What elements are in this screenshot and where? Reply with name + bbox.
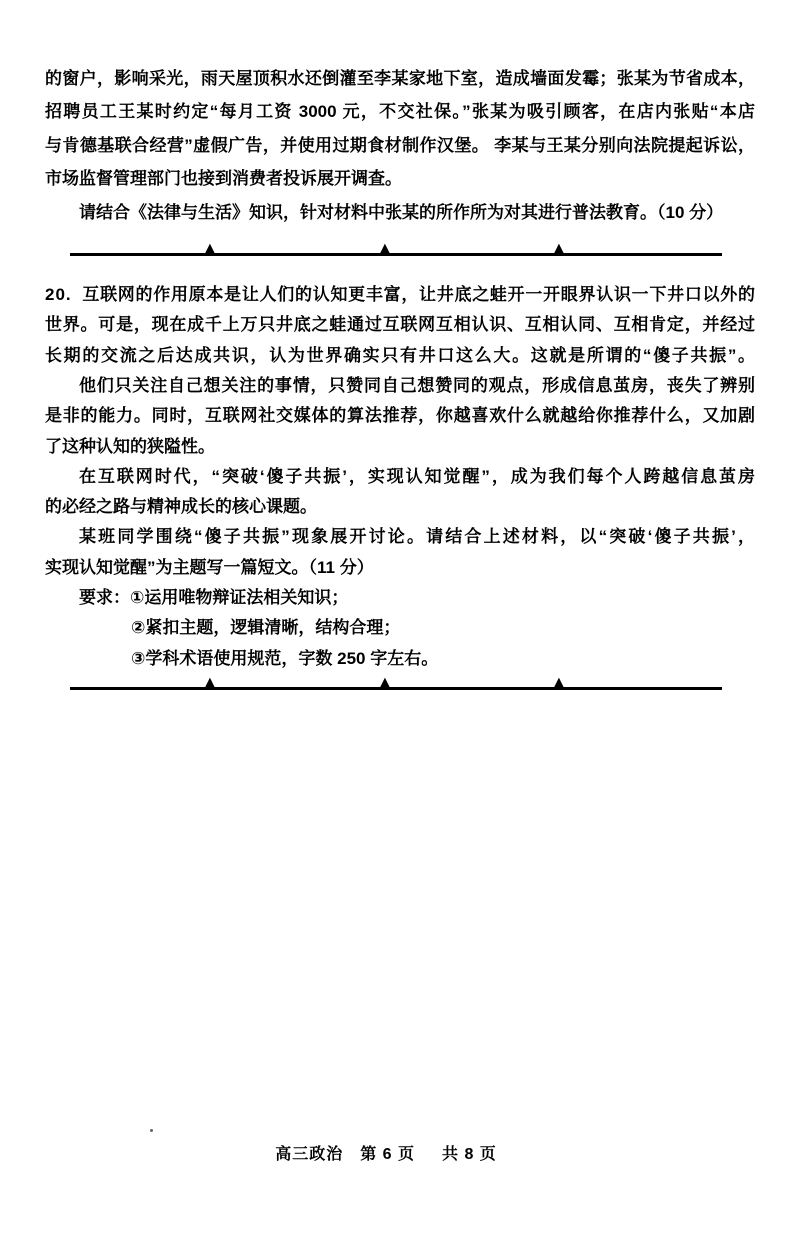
footer-subject: 高三政治 [275, 1141, 343, 1164]
footer-page-number: 第 6 页 [360, 1141, 415, 1164]
paragraph-line: 世界。可是，现在成千上万只井底之蛙通过互联网互相认识、互相认同、互相肯定，并经过 [45, 310, 755, 340]
ink-speck [150, 1129, 153, 1132]
answer-marker-triangle-icon: ▲ [377, 675, 393, 690]
paragraph-line: 的窗户，影响采光，雨天屋顶积水还倒灌至李某家地下室，造成墙面发霉；张某为节省成本… [45, 62, 755, 95]
paragraph-line: 他们只关注自己想关注的事情，只赞同自己想赞同的观点，形成信息茧房，丧失了辨别 [45, 371, 755, 401]
answer-separator-line: ▲ ▲ ▲ [70, 240, 722, 256]
paragraph-line: 20.互联网的作用原本是让人们的认知更丰富，让井底之蛙开一开眼界认识一下井口以外… [45, 280, 755, 310]
paragraph-line: 某班同学围绕“傻子共振”现象展开讨论。请结合上述材料，以“突破‘傻子共振’， [45, 522, 755, 552]
requirements-label: 要求： [79, 588, 130, 607]
exam-page: 的窗户，影响采光，雨天屋顶积水还倒灌至李某家地下室，造成墙面发霉；张某为节省成本… [0, 0, 800, 1235]
answer-marker-triangle-icon: ▲ [551, 241, 567, 256]
requirement-item: ①运用唯物辩证法相关知识； [130, 588, 348, 607]
paragraph-line: 了这种认知的狭隘性。 [45, 432, 755, 462]
question-19-material: 的窗户，影响采光，雨天屋顶积水还倒灌至李某家地下室，造成墙面发霉；张某为节省成本… [45, 62, 755, 229]
paragraph-line: 在互联网时代，“突破‘傻子共振’，实现认知觉醒”，成为我们每个人跨越信息茧房 [45, 462, 755, 492]
requirement-item: ③学科术语使用规范，字数 250 字左右。 [45, 644, 755, 674]
answer-marker-triangle-icon: ▲ [202, 241, 218, 256]
paragraph-line: 长期的交流之后达成共识，认为世界确实只有井口这么大。这就是所谓的“傻子共振”。 [45, 341, 755, 371]
paragraph-line: 是非的能力。同时，互联网社交媒体的算法推荐，你越喜欢什么就越给你推荐什么，又加剧 [45, 401, 755, 431]
question-19-prompt: 请结合《法律与生活》知识，针对材料中张某的所作所为对其进行普法教育。（10 分） [45, 196, 755, 229]
requirement-item: ②紧扣主题，逻辑清晰，结构合理； [45, 613, 755, 643]
answer-marker-triangle-icon: ▲ [551, 675, 567, 690]
answer-marker-triangle-icon: ▲ [377, 241, 393, 256]
paragraph-line: 市场监督管理部门也接到消费者投诉展开调查。 [45, 162, 755, 195]
question-20: 20.互联网的作用原本是让人们的认知更丰富，让井底之蛙开一开眼界认识一下井口以外… [45, 280, 755, 674]
paragraph-line: 的必经之路与精神成长的核心课题。 [45, 492, 755, 522]
page-footer: 高三政治 第 6 页 共 8 页 [0, 1141, 786, 1164]
paragraph-line: 招聘员工王某时约定“每月工资 3000 元，不交社保。”张某为吸引顾客，在店内张… [45, 95, 755, 128]
footer-page-total: 共 8 页 [442, 1141, 497, 1164]
requirements-line: 要求：①运用唯物辩证法相关知识； [45, 583, 755, 613]
paragraph-line: 与肯德基联合经营”虚假广告，并使用过期食材制作汉堡。 李某与王某分别向法院提起诉… [45, 129, 755, 162]
paragraph-line: 实现认知觉醒”为主题写一篇短文。（11 分） [45, 553, 755, 583]
paragraph-text: 互联网的作用原本是让人们的认知更丰富，让井底之蛙开一开眼界认识一下井口以外的 [82, 285, 755, 304]
answer-separator-line: ▲ ▲ ▲ [70, 674, 722, 690]
exam-content: 的窗户，影响采光，雨天屋顶积水还倒灌至李某家地下室，造成墙面发霉；张某为节省成本… [45, 0, 755, 690]
answer-marker-triangle-icon: ▲ [202, 675, 218, 690]
question-number: 20. [45, 285, 72, 304]
